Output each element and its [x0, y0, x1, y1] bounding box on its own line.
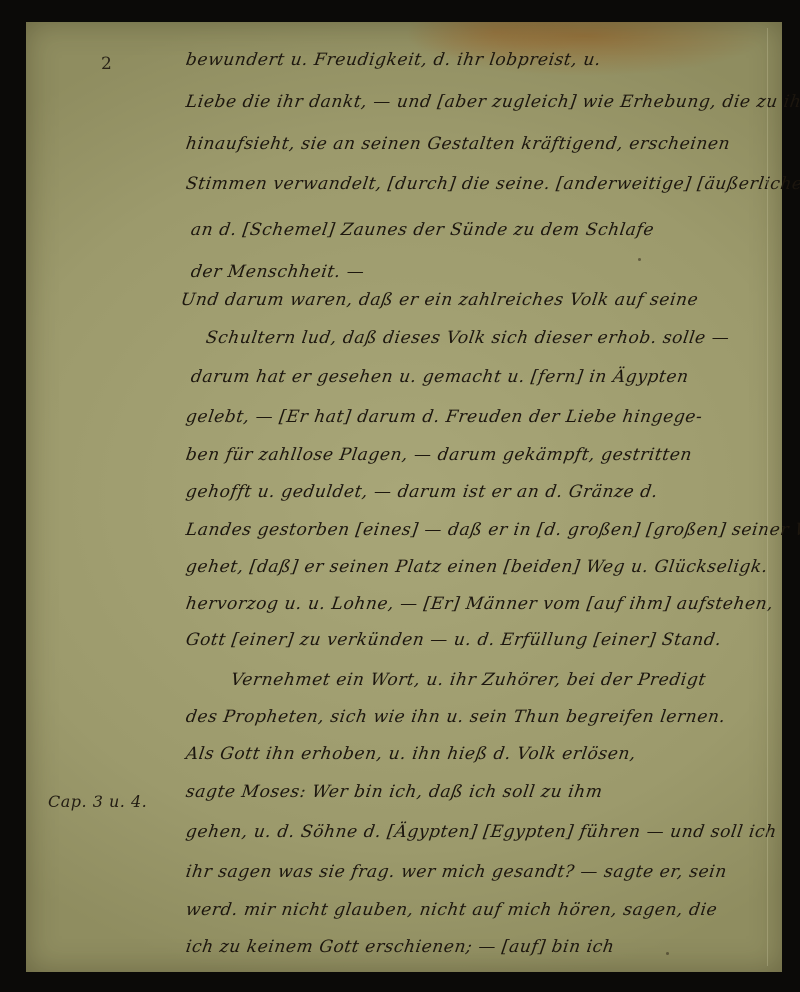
manuscript-line: hinaufsieht, sie an seinen Gestalten krä… [185, 134, 732, 154]
manuscript-line: gehet, [daß] er seinen Platz einen [beid… [185, 557, 770, 577]
manuscript-line: des Propheten, sich wie ihn u. sein Thun… [185, 707, 727, 727]
manuscript-line: Und darum waren, daß er ein zahlreiches … [180, 290, 700, 310]
manuscript-line: Schultern lud, daß dieses Volk sich dies… [205, 328, 731, 348]
manuscript-line: ben für zahllose Plagen, — darum gekämpf… [185, 445, 694, 465]
manuscript-line: Gott [einer] zu verkünden — u. d. Erfüll… [185, 630, 723, 650]
manuscript-line: Liebe die ihr dankt, — und [aber zugleic… [185, 92, 800, 112]
manuscript-line: gelebt, — [Er hat] darum d. Freuden der … [185, 407, 704, 427]
manuscript-line: der Menschheit. — [190, 262, 366, 282]
ink-speck [638, 258, 641, 261]
manuscript-line: Landes gestorben [eines] — daß er in [d.… [185, 520, 800, 540]
manuscript-line: bewundert u. Freudigkeit, d. ihr lobprei… [185, 50, 603, 70]
manuscript-page: 2 Cap. 3 u. 4. bewundert u. Freudigkeit,… [26, 22, 782, 972]
manuscript-line: hervorzog u. u. Lohne, — [Er] Männer vom… [185, 594, 775, 614]
manuscript-line: sagte Moses: Wer bin ich, daß ich soll z… [185, 782, 604, 802]
manuscript-line: Stimmen verwandelt, [durch] die seine. [… [185, 174, 800, 194]
manuscript-line: Als Gott ihn erhoben, u. ihn hieß d. Vol… [185, 744, 638, 764]
manuscript-line: darum hat er gesehen u. gemacht u. [fern… [190, 367, 690, 387]
manuscript-line: gehofft u. geduldet, — darum ist er an d… [185, 482, 660, 502]
manuscript-line: Vernehmet ein Wort, u. ihr Zuhörer, bei … [230, 670, 708, 690]
page-number: 2 [101, 54, 112, 74]
manuscript-line: ich zu keinem Gott erschienen; — [auf] b… [185, 937, 616, 957]
ink-speck [666, 952, 669, 955]
manuscript-line: ihr sagen was sie frag. wer mich gesandt… [185, 862, 729, 882]
manuscript-line: an d. [Schemel] Zaunes der Sünde zu dem … [190, 220, 656, 240]
manuscript-line: werd. mir nicht glauben, nicht auf mich … [185, 900, 719, 920]
manuscript-line: gehen, u. d. Söhne d. [Ägypten] [Egypten… [185, 822, 779, 842]
margin-note-chapter: Cap. 3 u. 4. [48, 792, 147, 811]
